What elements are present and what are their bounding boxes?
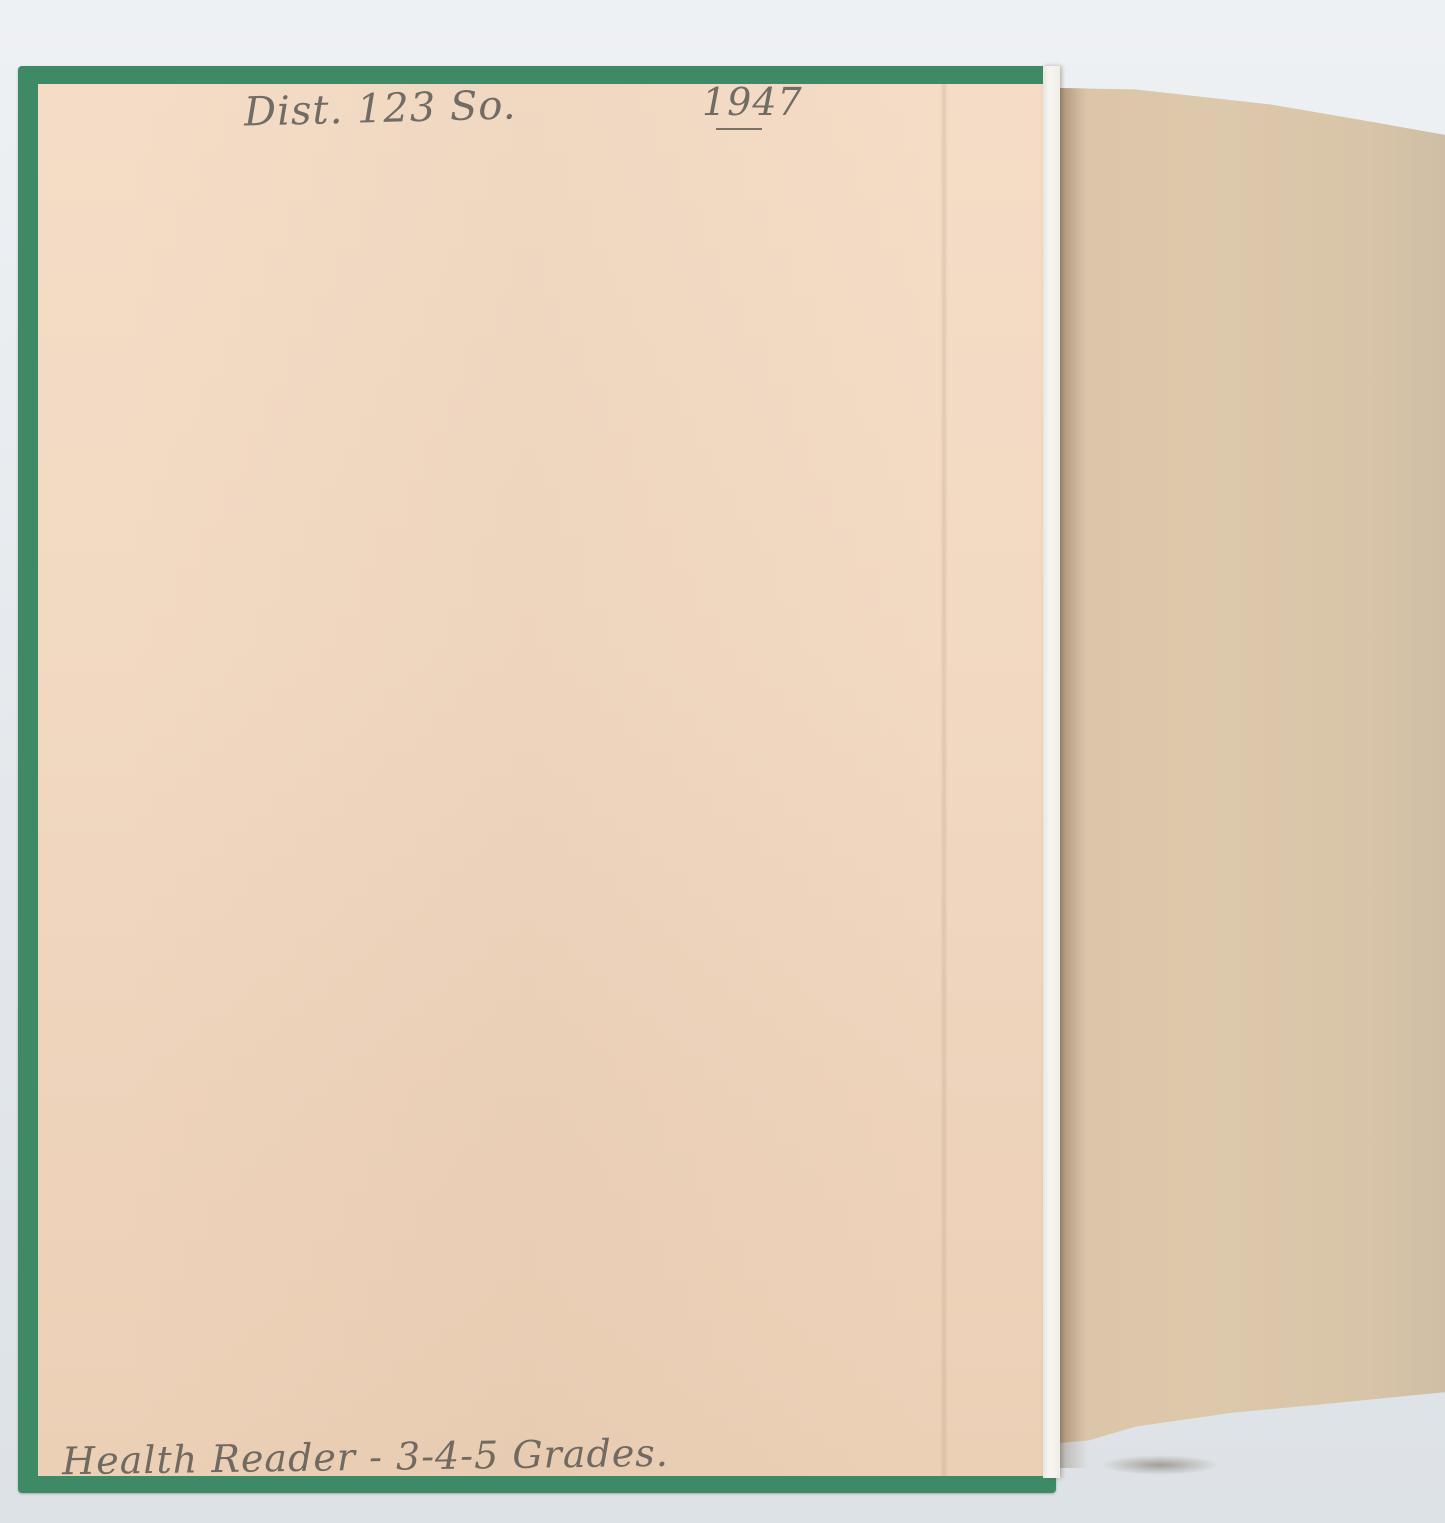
year-underline bbox=[716, 128, 762, 130]
handwritten-year: 1947 bbox=[702, 80, 803, 124]
hinge-crease bbox=[940, 84, 948, 1476]
flyleaf-gutter-shadow bbox=[1058, 88, 1088, 1468]
endpaper-pastedown bbox=[38, 84, 1048, 1476]
handwritten-district-note: Dist. 123 So. bbox=[243, 82, 517, 135]
flyleaf-page bbox=[1058, 88, 1445, 1468]
spine-lining-strip bbox=[1043, 66, 1060, 1478]
handwritten-book-title-note: Health Reader - 3-4-5 Grades. bbox=[62, 1431, 669, 1483]
flyleaf-bottom-shadow bbox=[1100, 1455, 1220, 1475]
